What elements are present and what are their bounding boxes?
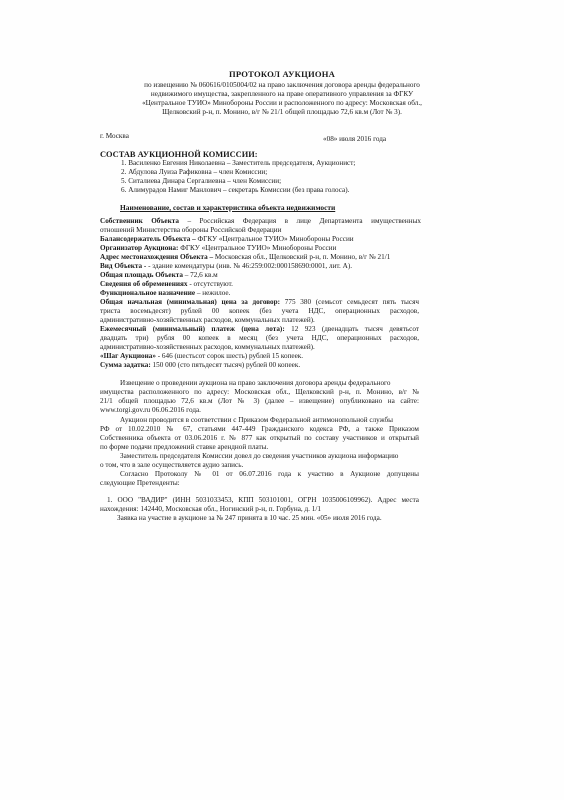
field-value: ФГКУ «Центральное ТУИО» Минобороны Росси… <box>197 235 353 243</box>
field-value: 775 380 (семьсот семьдесят пять тысяч <box>285 298 419 306</box>
paragraph-admitted: следующие Претенденты: <box>100 479 180 488</box>
commission-member: 1. Василенко Евгения Николаевна – Замест… <box>121 159 355 168</box>
field-purpose: Функциональное назначение – нежилое. <box>100 289 230 298</box>
field-label: Адрес местонахождения Объекта – <box>100 253 215 261</box>
field-monthly-payment-cont: двадцать три) рубля 00 копеек в месяц (б… <box>100 334 419 343</box>
field-value: – 72,6 кв.м <box>185 271 218 279</box>
paragraph-admitted: Согласно Протоколу № 01 от 06.07.2016 го… <box>120 470 419 479</box>
field-owner: Собственник Объекта – Российская Федерац… <box>100 217 421 226</box>
field-label: Ежемесячный (минимальный) платеж (цена л… <box>100 325 291 333</box>
document-date: «08» июля 2016 года <box>323 135 386 144</box>
field-label: Сумма задатка: <box>100 361 153 369</box>
document-city: г. Москва <box>100 132 129 141</box>
participant-1-application: Заявка на участие в аукционе за № 247 пр… <box>117 514 382 523</box>
paragraph-audio: о том, что в зале осуществляется аудио з… <box>100 461 243 470</box>
participant-1: 1. ООО "ВАДИР" (ИНН 5031033453, КПП 5031… <box>107 496 419 505</box>
document-page: ПРОТОКОЛ АУКЦИОНА по извещению № 060616/… <box>0 0 564 800</box>
field-label: Общая начальная (минимальная) цена за до… <box>100 298 285 306</box>
paragraph-notice: Извещение о проведении аукциона на право… <box>120 379 390 388</box>
paragraph-notice: имущества расположенного по адресу: Моск… <box>100 388 419 397</box>
field-label: Сведения об обременениях <box>100 280 189 288</box>
subtitle-line: недвижимого имущества, закрепленного на … <box>0 90 564 99</box>
paragraph-legal-basis: РФ от 10.02.2010 № 67, статьями 447-449 … <box>100 425 419 434</box>
field-value: – нежилое. <box>197 289 231 297</box>
commission-heading: СОСТАВ АУКЦИОННОЙ КОМИССИИ: <box>100 150 258 159</box>
field-owner-cont: отношений Министерства обороны Российско… <box>100 226 281 235</box>
field-value: 150 000 (сто пятьдесят тысяч) рублей 00 … <box>153 361 301 369</box>
field-label: Организатор Аукциона: <box>100 244 180 252</box>
field-monthly-payment: Ежемесячный (минимальный) платеж (цена л… <box>100 325 419 334</box>
paragraph-legal-basis: Аукцион проводится в соответствии с Прик… <box>120 416 393 425</box>
field-start-price: Общая начальная (минимальная) цена за до… <box>100 298 419 307</box>
subtitle-line: «Центральное ТУИО» Минобороны России и р… <box>0 99 564 108</box>
field-value: ФГКУ «Центральное ТУИО» Минобороны Росси… <box>180 244 336 252</box>
field-value: - здание комендатуры (инв. № 46:259:002:… <box>148 262 352 270</box>
field-label: Общая площадь Объекта <box>100 271 185 279</box>
commission-member: 2. Абдулова Луиза Рафиковна – член Комис… <box>121 168 267 177</box>
field-label: Вид Объекта - <box>100 262 148 270</box>
subtitle-line: по извещению № 060616/0105004/02 на прав… <box>0 81 564 90</box>
field-deposit: Сумма задатка: 150 000 (сто пятьдесят ты… <box>100 361 300 370</box>
field-object-type: Вид Объекта - - здание комендатуры (инв.… <box>100 262 352 271</box>
field-monthly-payment-cont: административно-хозяйственных расходов, … <box>100 343 315 352</box>
field-start-price-cont: триста восемьдесят) рублей 00 копеек (бе… <box>100 307 419 316</box>
paragraph-notice: 21/1 общей площадью 72,6 кв.м (Лот № 3) … <box>100 397 419 406</box>
field-value: - отсутствуют. <box>189 280 233 288</box>
field-label: Функциональное назначение <box>100 289 197 297</box>
field-value: - 646 (шестьсот сорок шесть) рублей 15 к… <box>156 352 303 360</box>
participant-1-address: нахождения: 142440, Московская обл., Ног… <box>100 505 321 514</box>
commission-member: 5. Ситалиева Динара Сергалиевна – член К… <box>121 177 281 186</box>
paragraph-audio: Заместитель председателя Комиссии довел … <box>120 452 398 461</box>
field-value: 12 923 (двенадцать тысяч девятьсот <box>291 325 419 333</box>
field-value: Московская обл., Щелковский р-н, п. Мони… <box>215 253 390 261</box>
field-label: «Шаг Аукциона» <box>100 352 156 360</box>
field-start-price-cont: административно-хозяйственных расходов, … <box>100 316 315 325</box>
field-auction-step: «Шаг Аукциона» - 646 (шестьсот сорок шес… <box>100 352 303 361</box>
subtitle-line: Щелковский р-н, п. Монино, в/г № 21/1 об… <box>0 108 564 117</box>
field-area: Общая площадь Объекта – 72,6 кв.м <box>100 271 218 280</box>
field-address: Адрес местонахождения Объекта – Московск… <box>100 253 390 262</box>
field-encumbrances: Сведения об обременениях - отсутствуют. <box>100 280 233 289</box>
paragraph-legal-basis: по форме подачи предложений ставке аренд… <box>100 443 268 452</box>
field-label: Балансодержатель Объекта – <box>100 235 197 243</box>
field-organizer: Организатор Аукциона: ФГКУ «Центральное … <box>100 244 336 253</box>
object-section-heading: Наименование, состав и характеристика об… <box>120 203 335 212</box>
commission-member: 6. Алимурадов Намиг Манлович – секретарь… <box>121 186 349 195</box>
field-balance-holder: Балансодержатель Объекта – ФГКУ «Централ… <box>100 235 354 244</box>
field-value: – Российская Федерация в лице Департамен… <box>179 217 421 225</box>
document-title: ПРОТОКОЛ АУКЦИОНА <box>0 70 564 79</box>
paragraph-legal-basis: Собственника объекта от 03.06.2016 г. № … <box>100 434 419 443</box>
field-label: Собственник Объекта <box>100 217 179 225</box>
paragraph-notice: www.torgi.gov.ru 06.06.2016 года. <box>100 406 201 415</box>
